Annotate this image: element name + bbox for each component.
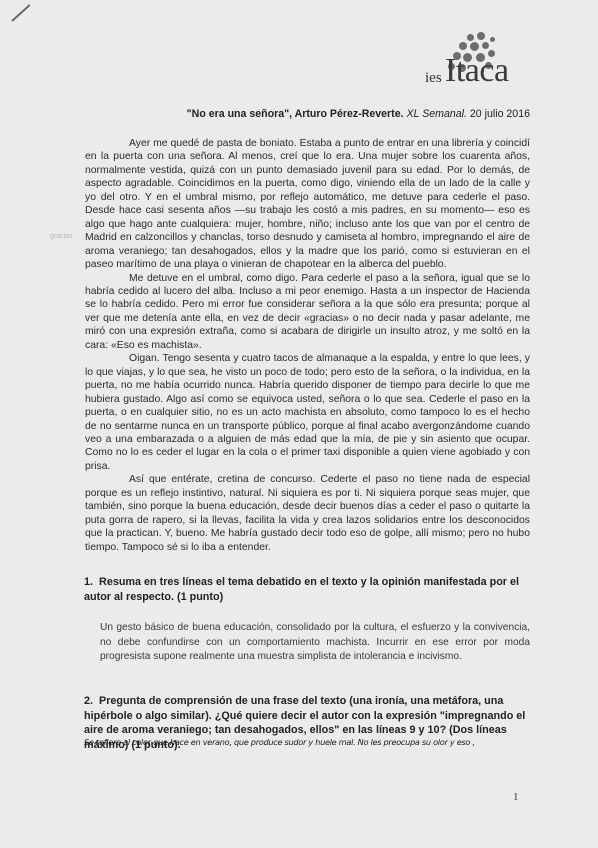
article-citation: "No era una señora", Arturo Pérez-Revert… (100, 108, 530, 120)
margin-note: gracias (50, 233, 73, 240)
article-paragraph: Me detuve en el umbral, como digo. Para … (85, 272, 530, 353)
handwritten-answer-2: Se refiere al calor que hace en verano, … (84, 737, 544, 747)
page-number: 1 (513, 791, 519, 803)
question-number: 1. (84, 576, 93, 588)
answer-1: Un gesto básico de buena educación, cons… (100, 621, 530, 665)
article-title: "No era una señora", Arturo Pérez-Revert… (187, 108, 404, 120)
publication-name: XL Semanal. (406, 108, 466, 120)
school-logo: ies Itaca (425, 32, 535, 92)
question-1: 1. Resuma en tres líneas el tema debatid… (84, 575, 534, 604)
article-body: Ayer me quedé de pasta de boniato. Estab… (85, 137, 530, 554)
publication-date: 20 julio 2016 (470, 108, 530, 120)
question-number: 2. (84, 695, 93, 707)
scanned-document-page: ies Itaca "No era una señora", Arturo Pé… (0, 0, 598, 848)
article-paragraph: Así que entérate, cretina de concurso. C… (85, 473, 530, 554)
logo-name: Itaca (445, 52, 509, 90)
logo-prefix: ies (425, 70, 442, 87)
question-text: Resuma en tres líneas el tema debatido e… (84, 576, 519, 603)
pen-mark (11, 4, 30, 22)
article-paragraph: Oigan. Tengo sesenta y cuatro tacos de a… (85, 352, 530, 473)
article-paragraph: Ayer me quedé de pasta de boniato. Estab… (85, 137, 530, 272)
